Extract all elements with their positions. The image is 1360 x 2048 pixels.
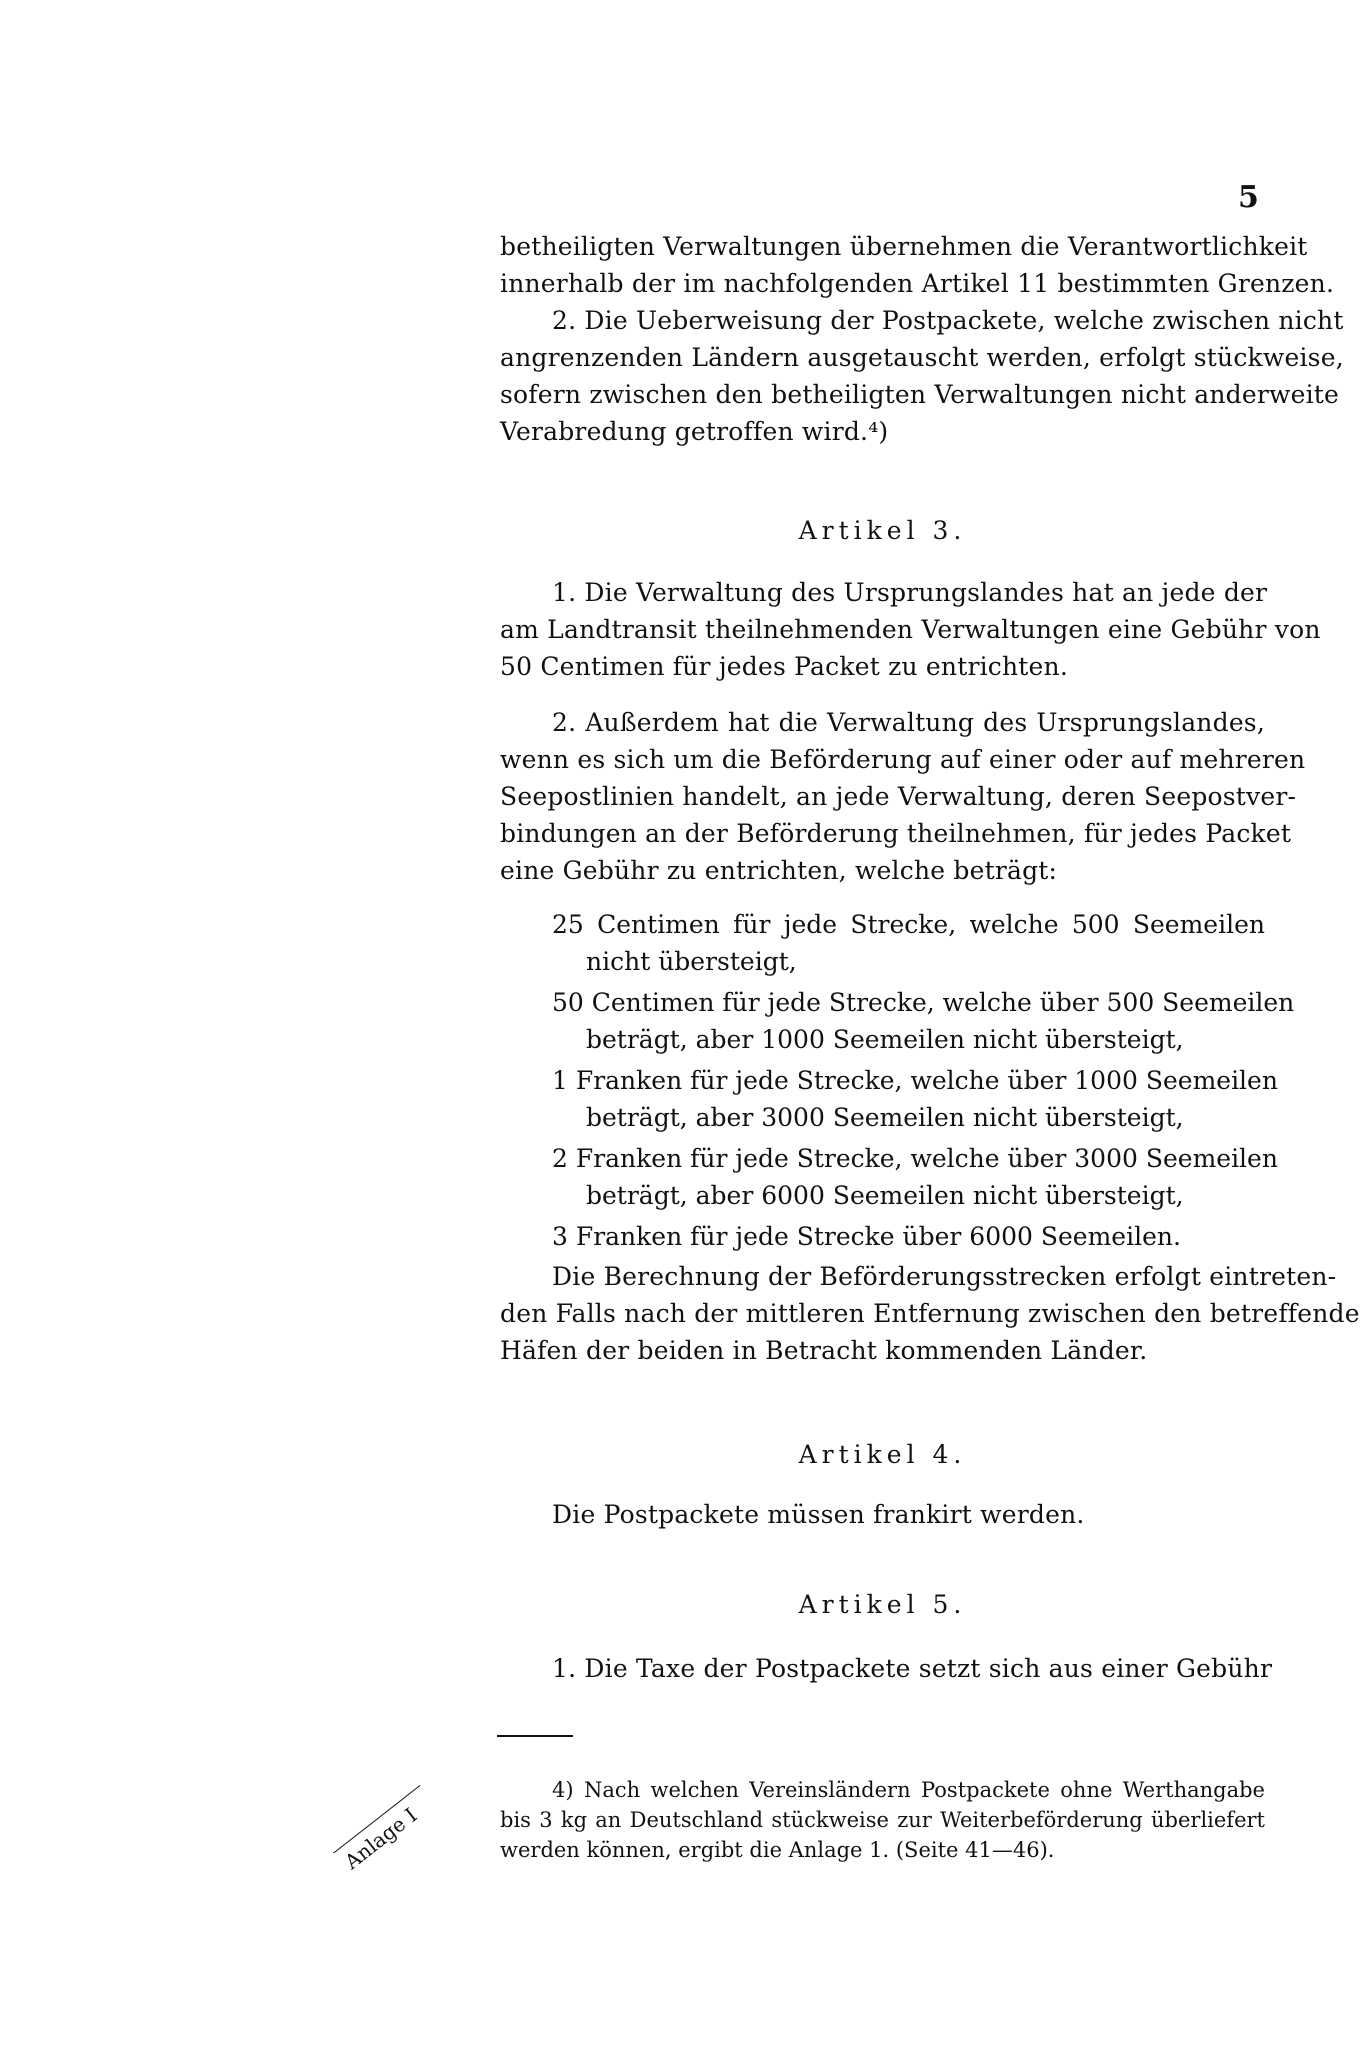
article-heading-4: Artikel 4.: [500, 1440, 1265, 1470]
body-line: Seepostlinien handelt, an jede Verwaltun…: [500, 782, 1265, 812]
body-line: 2. Außerdem hat die Verwaltung des Urspr…: [552, 708, 1265, 738]
tariff-item-continuation: beträgt, aber 3000 Seemeilen nicht übers…: [586, 1103, 1265, 1133]
body-line: 1. Die Verwaltung des Ursprungslandes ha…: [552, 578, 1265, 608]
body-line: Die Postpackete müssen frankirt werden.: [552, 1500, 1265, 1530]
body-line: 1. Die Taxe der Postpackete setzt sich a…: [552, 1654, 1265, 1684]
footnote-line: bis 3 kg an Deutschland stückweise zur W…: [500, 1806, 1265, 1834]
footnote-line: 4) Nach welchen Vereinsländern Postpacke…: [552, 1776, 1265, 1804]
tariff-item: 50 Centimen für jede Strecke, welche übe…: [552, 988, 1265, 1018]
article-heading-5: Artikel 5.: [500, 1590, 1265, 1620]
body-line: den Falls nach der mittleren Entfernung …: [500, 1299, 1265, 1329]
body-line: am Landtransit theilnehmenden Verwaltung…: [500, 615, 1265, 645]
body-line: wenn es sich um die Beförderung auf eine…: [500, 745, 1265, 775]
body-line: betheiligten Verwaltungen übernehmen die…: [500, 232, 1265, 262]
body-line: innerhalb der im nachfolgenden Artikel 1…: [500, 269, 1265, 299]
body-line: bindungen an der Beförderung theilnehmen…: [500, 819, 1265, 849]
body-line: 50 Centimen für jedes Packet zu entricht…: [500, 652, 1265, 682]
body-line: 2. Die Ueberweisung der Postpackete, wel…: [552, 306, 1265, 336]
footnote-separator: [497, 1735, 573, 1737]
footnote-line: werden können, ergibt die Anlage 1. (Sei…: [500, 1836, 1265, 1864]
tariff-item: 25 Centimen für jede Strecke, welche 500…: [552, 910, 1265, 940]
body-line: Häfen der beiden in Betracht kommenden L…: [500, 1336, 1265, 1366]
body-line: Verabredung getroffen wird.⁴): [500, 417, 1265, 447]
tariff-item: 1 Franken für jede Strecke, welche über …: [552, 1066, 1265, 1096]
tariff-item-continuation: beträgt, aber 1000 Seemeilen nicht übers…: [586, 1025, 1265, 1055]
body-line: Die Berechnung der Beförderungsstrecken …: [552, 1262, 1265, 1292]
margin-note-anlage: Anlage I: [340, 1803, 421, 1874]
tariff-item: 3 Franken für jede Strecke über 6000 See…: [552, 1222, 1265, 1252]
body-line: eine Gebühr zu entrichten, welche beträg…: [500, 856, 1265, 886]
body-line: angrenzenden Ländern ausgetauscht werden…: [500, 343, 1265, 373]
tariff-item-continuation: beträgt, aber 6000 Seemeilen nicht übers…: [586, 1181, 1265, 1211]
page-number: 5: [1238, 180, 1259, 215]
tariff-item: 2 Franken für jede Strecke, welche über …: [552, 1144, 1265, 1174]
document-page: 5 betheiligten Verwaltungen übernehmen d…: [0, 0, 1360, 2048]
article-heading-3: Artikel 3.: [500, 516, 1265, 546]
body-line: sofern zwischen den betheiligten Verwalt…: [500, 380, 1265, 410]
tariff-item-continuation: nicht übersteigt,: [586, 947, 1265, 977]
